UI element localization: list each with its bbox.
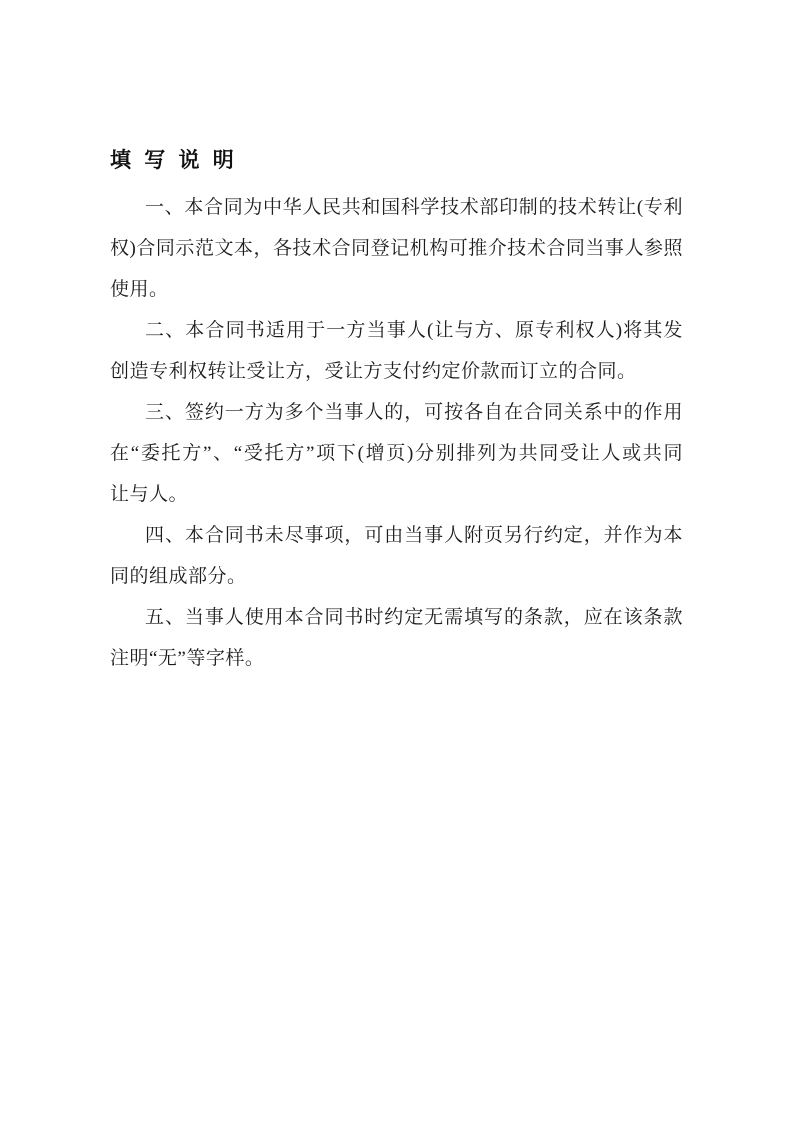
instruction-paragraph: 四、本合同书未尽事项，可由当事人附页另行约定，并作为本合同的组成部分。 — [110, 515, 683, 597]
text-line: 创造专利权转让受让方，受让方支付约定价款而订立的合同。 — [110, 351, 683, 392]
instruction-paragraph: 五、当事人使用本合同书时约定无需填写的条款，应在该条款处注明“无”等字样。 — [110, 597, 683, 679]
text-line: 在“委托方”、“受托方”项下(增页)分别排列为共同受让人或共同 — [110, 433, 683, 474]
document-content: 填 写 说 明 一、本合同为中华人民共和国科学技术部印制的技术转让(专利权)合同… — [110, 147, 683, 679]
text-line: 注明“无”等字样。 — [110, 638, 683, 679]
instruction-paragraph: 三、签约一方为多个当事人的，可按各自在合同关系中的作用等，在“委托方”、“受托方… — [110, 392, 683, 515]
text-line: 三、签约一方为多个当事人的，可按各自在合同关系中的作用等， — [110, 392, 683, 433]
text-line: 权)合同示范文本，各技术合同登记机构可推介技术合同当事人参照 — [110, 228, 683, 269]
text-line: 让与人。 — [110, 474, 683, 515]
text-line: 二、本合同书适用于一方当事人(让与方、原专利权人)将其发明 — [110, 310, 683, 351]
instruction-paragraph: 一、本合同为中华人民共和国科学技术部印制的技术转让(专利权)合同示范文本，各技术… — [110, 187, 683, 310]
instruction-paragraph: 二、本合同书适用于一方当事人(让与方、原专利权人)将其发明创造专利权转让受让方，… — [110, 310, 683, 392]
document-page: 填 写 说 明 一、本合同为中华人民共和国科学技术部印制的技术转让(专利权)合同… — [0, 0, 800, 1132]
text-line: 同的组成部分。 — [110, 556, 683, 597]
section-title: 填 写 说 明 — [110, 147, 683, 174]
instructions-body: 一、本合同为中华人民共和国科学技术部印制的技术转让(专利权)合同示范文本，各技术… — [110, 187, 683, 679]
text-line: 四、本合同书未尽事项，可由当事人附页另行约定，并作为本合 — [110, 515, 683, 556]
text-line: 五、当事人使用本合同书时约定无需填写的条款，应在该条款处 — [110, 597, 683, 638]
text-line: 一、本合同为中华人民共和国科学技术部印制的技术转让(专利 — [110, 187, 683, 228]
text-line: 使用。 — [110, 269, 683, 310]
